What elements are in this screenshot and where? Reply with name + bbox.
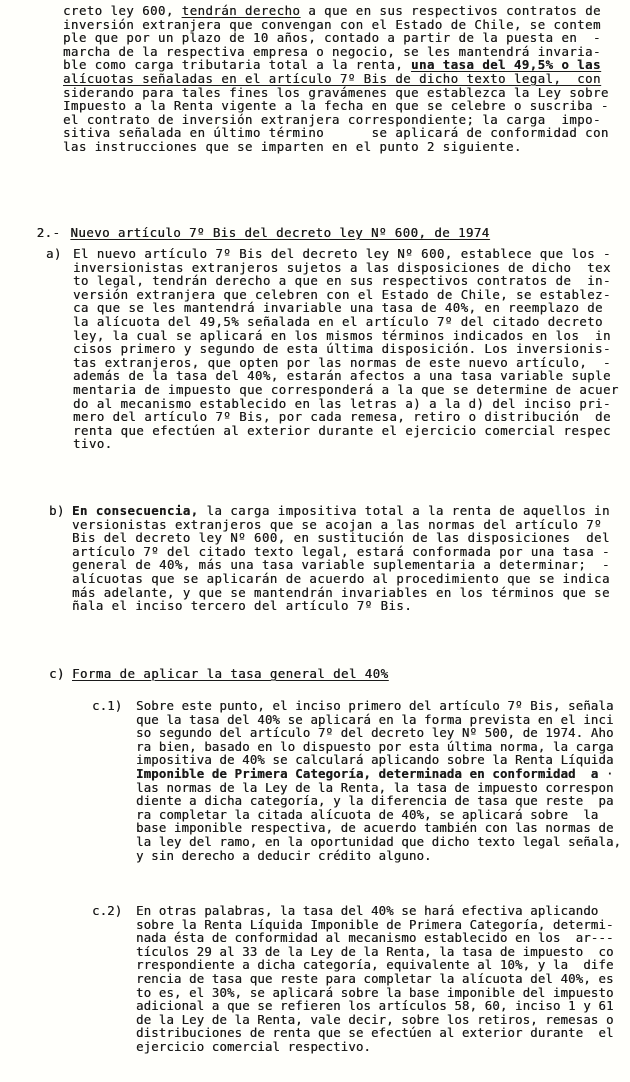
text-segment: tivo. (73, 436, 113, 451)
text-segment: las instrucciones que se imparten en el … (63, 139, 522, 154)
item-c-title: Forma de aplicar la tasa general del 40% (72, 667, 388, 681)
document-page: creto ley 600, tendrán derecho a que en … (0, 0, 630, 1082)
text-line: versión extranjera que celebren con el E… (73, 288, 619, 302)
text-line: alícuotas señaladas en el artículo 7º Bi… (63, 72, 609, 86)
text-line: la ley del ramo, en la oportunidad que d… (136, 835, 621, 849)
text-line: nada ésta de conformidad al mecanismo es… (136, 931, 614, 945)
text-line: ñala el inciso tercero del artículo 7º B… (72, 599, 610, 613)
intro-paragraph: creto ley 600, tendrán derecho a que en … (63, 4, 609, 154)
text-line: además de la tasa del 40%, estarán afect… (73, 369, 619, 383)
text-line: inversión extranjera que convengan con e… (63, 18, 609, 32)
text-line: tivo. (73, 437, 619, 451)
text-line: las instrucciones que se imparten en el … (63, 140, 609, 154)
text-line: El nuevo artículo 7º Bis del decreto ley… (73, 247, 619, 261)
text-line: distribuciones de renta que se efectúen … (136, 1026, 614, 1040)
text-line: el contrato de inversión extranjera corr… (63, 113, 609, 127)
text-line: impositiva de 40% se calculará aplicando… (136, 753, 621, 767)
text-line: adicional a que se refieren los artículo… (136, 999, 614, 1013)
item-c1-label: c.1) (92, 699, 136, 713)
text-line: ejercicio comercial respectivo. (136, 1040, 614, 1054)
text-line: to es, el 30%, se aplicará sobre la base… (136, 986, 614, 1000)
text-line: alícuotas que se aplicarán de acuerdo al… (72, 572, 610, 586)
item-a-body: El nuevo artículo 7º Bis del decreto ley… (73, 247, 619, 451)
text-line: sitiva señalada en último término se apl… (63, 126, 609, 140)
item-b: b) En consecuencia, la carga impositiva … (49, 504, 610, 613)
section-2-number: 2.- (37, 225, 61, 240)
text-line: marcha de la respectiva empresa o negoci… (63, 45, 609, 59)
text-line: más adelante, y que se mantendrán invari… (72, 586, 610, 600)
text-line: general de 40%, más una tasa variable su… (72, 558, 610, 572)
text-line: mero del artículo 7º Bis, por cada remes… (73, 410, 619, 424)
text-line: ca que se les mantendrá invariable una t… (73, 301, 619, 315)
item-a: a) El nuevo artículo 7º Bis del decreto … (46, 247, 619, 451)
text-line: artículo 7º del citado texto legal, esta… (72, 545, 610, 559)
text-line: Impuesto a la Renta vigente a la fecha e… (63, 99, 609, 113)
text-line: mentaria de impuesto que corresponderá a… (73, 383, 619, 397)
text-line: creto ley 600, tendrán derecho a que en … (63, 4, 609, 18)
text-line: de la Ley de la Renta, vale decir, sobre… (136, 1013, 614, 1027)
item-c1: c.1) Sobre este punto, el inciso primero… (92, 699, 621, 862)
text-line: Imponible de Primera Categoría, determin… (136, 767, 621, 781)
text-line: base imponible respectiva, de acuerdo ta… (136, 821, 621, 835)
text-line: so segundo del artículo 7º del decreto l… (136, 726, 621, 740)
text-line: versionistas extranjeros que se acojan a… (72, 518, 610, 532)
section-2-title: Nuevo artículo 7º Bis del decreto ley Nº… (70, 225, 489, 240)
text-segment: y sin derecho a deducir crédito alguno. (136, 848, 432, 863)
text-line: En otras palabras, la tasa del 40% se ha… (136, 904, 614, 918)
text-line: que la tasa del 40% se aplicará en la fo… (136, 713, 621, 727)
text-line: do al mecanismo establecido en las letra… (73, 397, 619, 411)
text-line: ple que por un plazo de 10 años, contado… (63, 31, 609, 45)
text-segment: ñala el inciso tercero del artículo 7º B… (72, 598, 412, 613)
item-c1-body: Sobre este punto, el inciso primero del … (136, 699, 621, 862)
text-line: tas extranjeros, que opten por las norma… (73, 356, 619, 370)
text-segment: renta que efectúen al exterior durante e… (73, 423, 611, 438)
text-line: sobre la Renta Líquida Imponible de Prim… (136, 918, 614, 932)
text-line: Sobre este punto, el inciso primero del … (136, 699, 621, 713)
item-c2: c.2) En otras palabras, la tasa del 40% … (92, 904, 614, 1054)
item-c-label: c) (49, 667, 72, 681)
text-line: Bis del decreto ley Nº 600, en sustituci… (72, 531, 610, 545)
text-line: rrespondiente a dicha categoría, equival… (136, 958, 614, 972)
item-a-label: a) (46, 247, 73, 261)
text-line: ley, la cual se aplicará en los mismos t… (73, 329, 619, 343)
text-line: ra completar la citada alícuota de 40%, … (136, 808, 621, 822)
text-line: ra bien, basado en lo dispuesto por esta… (136, 740, 621, 754)
text-line: ble como carga tributaria total a la ren… (63, 58, 609, 72)
text-line: tículos 29 al 33 de la Ley de la Renta, … (136, 945, 614, 959)
item-c-heading: c) Forma de aplicar la tasa general del … (49, 667, 388, 681)
text-line: las normas de la Ley de la Renta, la tas… (136, 781, 621, 795)
text-line: diente a dicha categoría, y la diferenci… (136, 794, 621, 808)
text-line: renta que efectúen al exterior durante e… (73, 424, 619, 438)
text-line: cisos primero y segundo de esta última d… (73, 342, 619, 356)
item-c2-label: c.2) (92, 904, 136, 918)
text-line: to legal, tendrán derecho a que en sus r… (73, 274, 619, 288)
item-b-body: En consecuencia, la carga impositiva tot… (72, 504, 610, 613)
item-c2-body: En otras palabras, la tasa del 40% se ha… (136, 904, 614, 1054)
text-segment: ejercicio comercial respectivo. (136, 1039, 371, 1054)
text-line: rencia de tasa que reste para completar … (136, 972, 614, 986)
text-line: En consecuencia, la carga impositiva tot… (72, 504, 610, 518)
item-b-label: b) (49, 504, 72, 518)
text-line: inversionistas extranjeros sujetos a las… (73, 261, 619, 275)
text-line: y sin derecho a deducir crédito alguno. (136, 849, 621, 863)
text-line: siderando para tales fines los gravámene… (63, 86, 609, 100)
text-line: la alícuota del 49,5% señalada en el art… (73, 315, 619, 329)
